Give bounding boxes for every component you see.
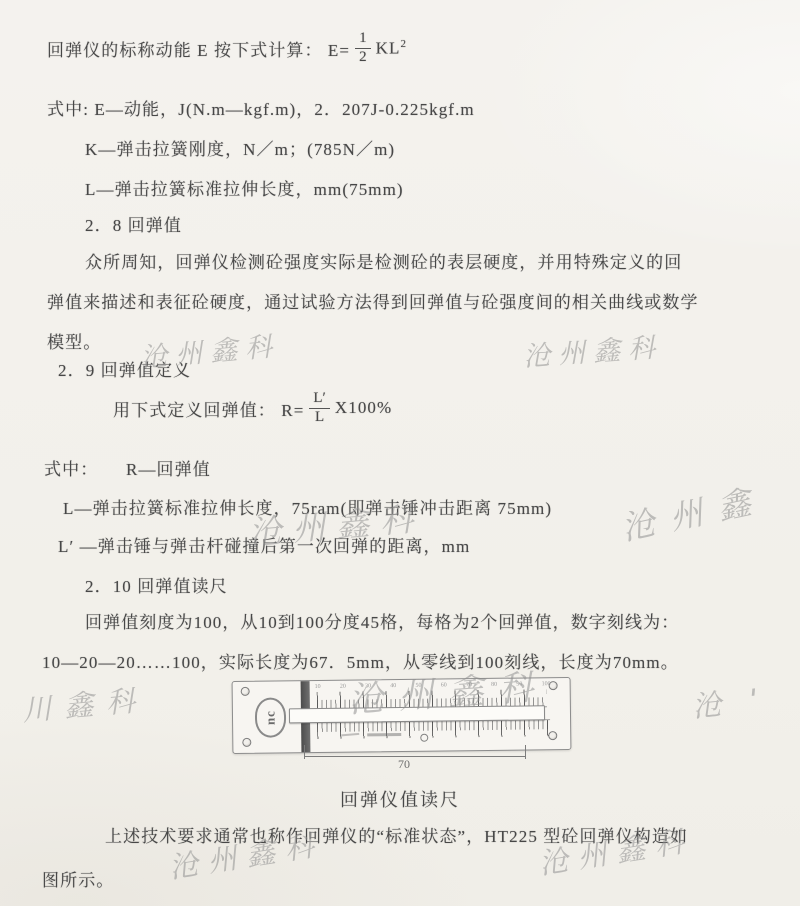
- paragraph-bottom-line2: 图所示。: [42, 866, 114, 891]
- formula-e-superscript: 2: [400, 38, 407, 50]
- dimension-label: 70: [398, 757, 410, 772]
- watermark: 沧州鑫科: [139, 324, 282, 375]
- paragraph-2-8-line1: 众所周知，回弹仪检测砼强度实际是检测砼的表层硬度，并用特殊定义的回: [85, 248, 682, 273]
- definition-line-r: 式中： R—回弹值: [44, 455, 211, 480]
- screw-icon: [420, 734, 428, 742]
- definition-line-k: K—弹击拉簧刚度，N／m；(785N／m): [85, 135, 395, 160]
- dimension-line-70: [304, 745, 526, 759]
- scanned-document-page: 回弹仪的标称动能 E 按下式计算： E= 1 2 KL2 式中: E—动能，J(…: [0, 0, 800, 906]
- definition-line-l: L—弹击拉簧标准拉伸长度，mm(75mm): [85, 175, 404, 200]
- scale-number: 20: [340, 684, 346, 690]
- formula-e-suffix: KL2: [376, 38, 407, 59]
- engraving-mark: [367, 733, 401, 736]
- fraction-one-half: 1 2: [355, 31, 371, 66]
- fraction-lprime-over-l: L′ L: [309, 391, 329, 426]
- watermark: 沧州鑫: [617, 473, 771, 550]
- formula-kinetic-energy: 回弹仪的标称动能 E 按下式计算： E= 1 2 KL2: [47, 31, 407, 66]
- paragraph-2-8-line3: 模型。: [47, 328, 101, 353]
- paragraph-2-10-line1: 回弹值刻度为100，从10到100分度45格，每格为2个回弹值，数字刻线为：: [85, 608, 679, 633]
- watermark: 沧州鑫科: [522, 325, 664, 374]
- heading-2-10: 2．10 回弹值读尺: [85, 572, 228, 597]
- maker-logo-icon: nc: [255, 697, 286, 737]
- screw-icon: [241, 687, 250, 696]
- formula-rebound-value: 用下式定义回弹值： R= L′ L X100%: [113, 391, 392, 426]
- fraction-denominator: L: [315, 409, 324, 426]
- paragraph-2-10-line2: 10—20—20……100，实际长度为67．5mm，从零线到100刻线，长度为7…: [42, 648, 679, 673]
- watermark: 沧 ˈ: [690, 677, 770, 726]
- scale-number: 10: [315, 684, 321, 690]
- screw-icon: [242, 738, 251, 747]
- heading-2-8: 2．8 回弹值: [85, 211, 182, 236]
- fraction-numerator: 1: [355, 31, 371, 49]
- definition-line-e: 式中: E—动能，J(N.m—kgf.m)，2．207J-0.225kgf.m: [47, 95, 475, 120]
- paragraph-2-8-line2: 弹值来描述和表征砼硬度，通过试验方法得到回弹值与砼强度间的相关曲线或数学: [47, 288, 699, 313]
- formula-r-prefix: 用下式定义回弹值： R=: [113, 396, 304, 421]
- figure-caption: 回弹仪值读尺: [290, 786, 510, 812]
- fraction-numerator: L′: [309, 391, 329, 409]
- formula-r-suffix: X100%: [335, 398, 392, 418]
- fraction-denominator: 2: [359, 49, 367, 66]
- formula-e-prefix: 回弹仪的标称动能 E 按下式计算： E=: [47, 36, 350, 61]
- watermark: 川鑫科: [20, 678, 149, 730]
